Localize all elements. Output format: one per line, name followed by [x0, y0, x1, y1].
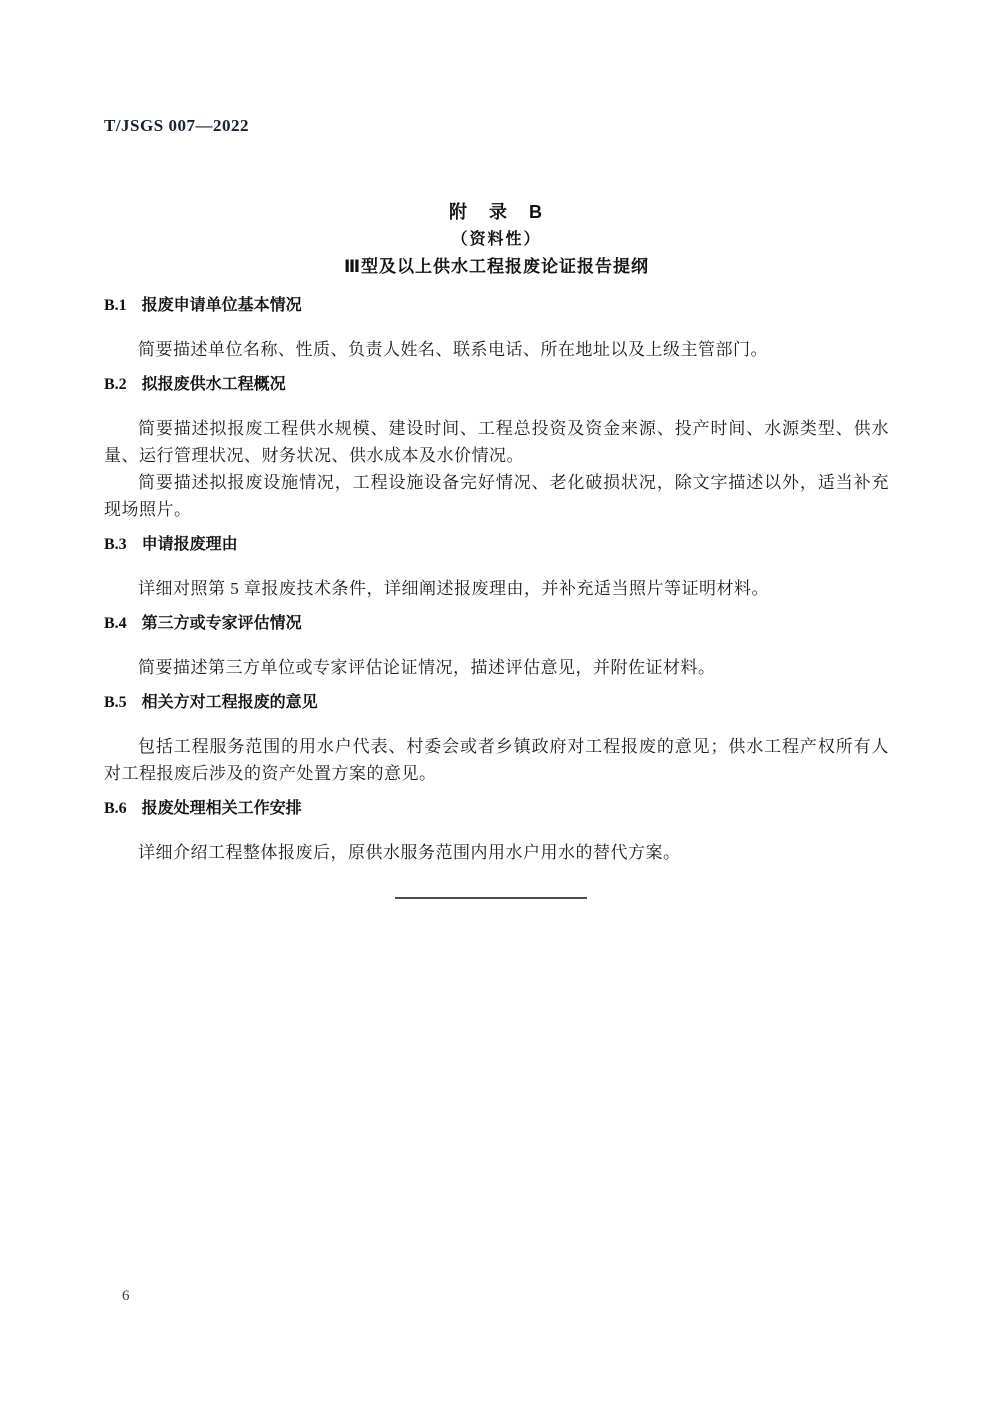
section-heading-label: 申请报废理由: [142, 536, 238, 553]
section-heading: B.1报废申请单位基本情况: [104, 296, 889, 316]
standard-number: T/JSGS 007—2022: [104, 116, 249, 136]
section-id: B.3: [104, 536, 127, 553]
section-b1: B.1报废申请单位基本情况 简要描述单位名称、性质、负责人姓名、联系电话、所在地…: [104, 296, 889, 363]
section-paragraph: 简要描述拟报废设施情况，工程设施设备完好情况、老化破损状况，除文字描述以外，适当…: [104, 469, 889, 523]
section-paragraph: 详细对照第 5 章报废技术条件，详细阐述报废理由，并补充适当照片等证明材料。: [104, 575, 889, 602]
section-paragraph: 简要描述拟报废工程供水规模、建设时间、工程总投资及资金来源、投产时间、水源类型、…: [104, 415, 889, 469]
section-paragraph: 简要描述单位名称、性质、负责人姓名、联系电话、所在地址以及上级主管部门。: [104, 336, 889, 363]
section-id: B.1: [104, 297, 127, 314]
section-id: B.2: [104, 376, 127, 393]
sections: B.1报废申请单位基本情况 简要描述单位名称、性质、负责人姓名、联系电话、所在地…: [104, 296, 889, 866]
section-b2: B.2拟报废供水工程概况 简要描述拟报废工程供水规模、建设时间、工程总投资及资金…: [104, 375, 889, 523]
appendix-title: 附 录 B: [104, 198, 889, 226]
section-paragraph: 包括工程服务范围的用水户代表、村委会或者乡镇政府对工程报废的意见；供水工程产权所…: [104, 733, 889, 787]
section-paragraph: 详细介绍工程整体报废后，原供水服务范围内用水户用水的替代方案。: [104, 839, 889, 866]
section-id: B.4: [104, 615, 127, 632]
section-b6: B.6报废处理相关工作安排 详细介绍工程整体报废后，原供水服务范围内用水户用水的…: [104, 799, 889, 866]
section-heading-label: 报废申请单位基本情况: [142, 297, 302, 314]
appendix-title-block: 附 录 B （资料性） Ⅲ型及以上供水工程报废论证报告提纲: [104, 198, 889, 281]
section-paragraph: 简要描述第三方单位或专家评估论证情况，描述评估意见，并附佐证材料。: [104, 654, 889, 681]
section-heading: B.4第三方或专家评估情况: [104, 614, 889, 634]
section-heading: B.2拟报废供水工程概况: [104, 375, 889, 395]
section-b4: B.4第三方或专家评估情况 简要描述第三方单位或专家评估论证情况，描述评估意见，…: [104, 614, 889, 681]
end-of-document-divider: [395, 897, 587, 899]
section-heading: B.3申请报废理由: [104, 535, 889, 555]
page-content: 附 录 B （资料性） Ⅲ型及以上供水工程报废论证报告提纲 B.1报废申请单位基…: [104, 198, 889, 899]
section-heading-label: 拟报废供水工程概况: [142, 376, 286, 393]
section-heading-label: 相关方对工程报废的意见: [142, 694, 318, 711]
section-b5: B.5相关方对工程报废的意见 包括工程服务范围的用水户代表、村委会或者乡镇政府对…: [104, 693, 889, 787]
section-heading-label: 第三方或专家评估情况: [142, 615, 302, 632]
section-heading: B.6报废处理相关工作安排: [104, 799, 889, 819]
section-id: B.6: [104, 800, 127, 817]
section-b3: B.3申请报废理由 详细对照第 5 章报废技术条件，详细阐述报废理由，并补充适当…: [104, 535, 889, 602]
section-heading: B.5相关方对工程报废的意见: [104, 693, 889, 713]
document-page: T/JSGS 007—2022 附 录 B （资料性） Ⅲ型及以上供水工程报废论…: [0, 0, 992, 1403]
page-number: 6: [122, 1288, 130, 1305]
appendix-report-outline-title: Ⅲ型及以上供水工程报废论证报告提纲: [104, 253, 889, 281]
section-heading-label: 报废处理相关工作安排: [142, 800, 302, 817]
section-id: B.5: [104, 694, 127, 711]
appendix-subtitle-informative: （资料性）: [104, 226, 889, 253]
